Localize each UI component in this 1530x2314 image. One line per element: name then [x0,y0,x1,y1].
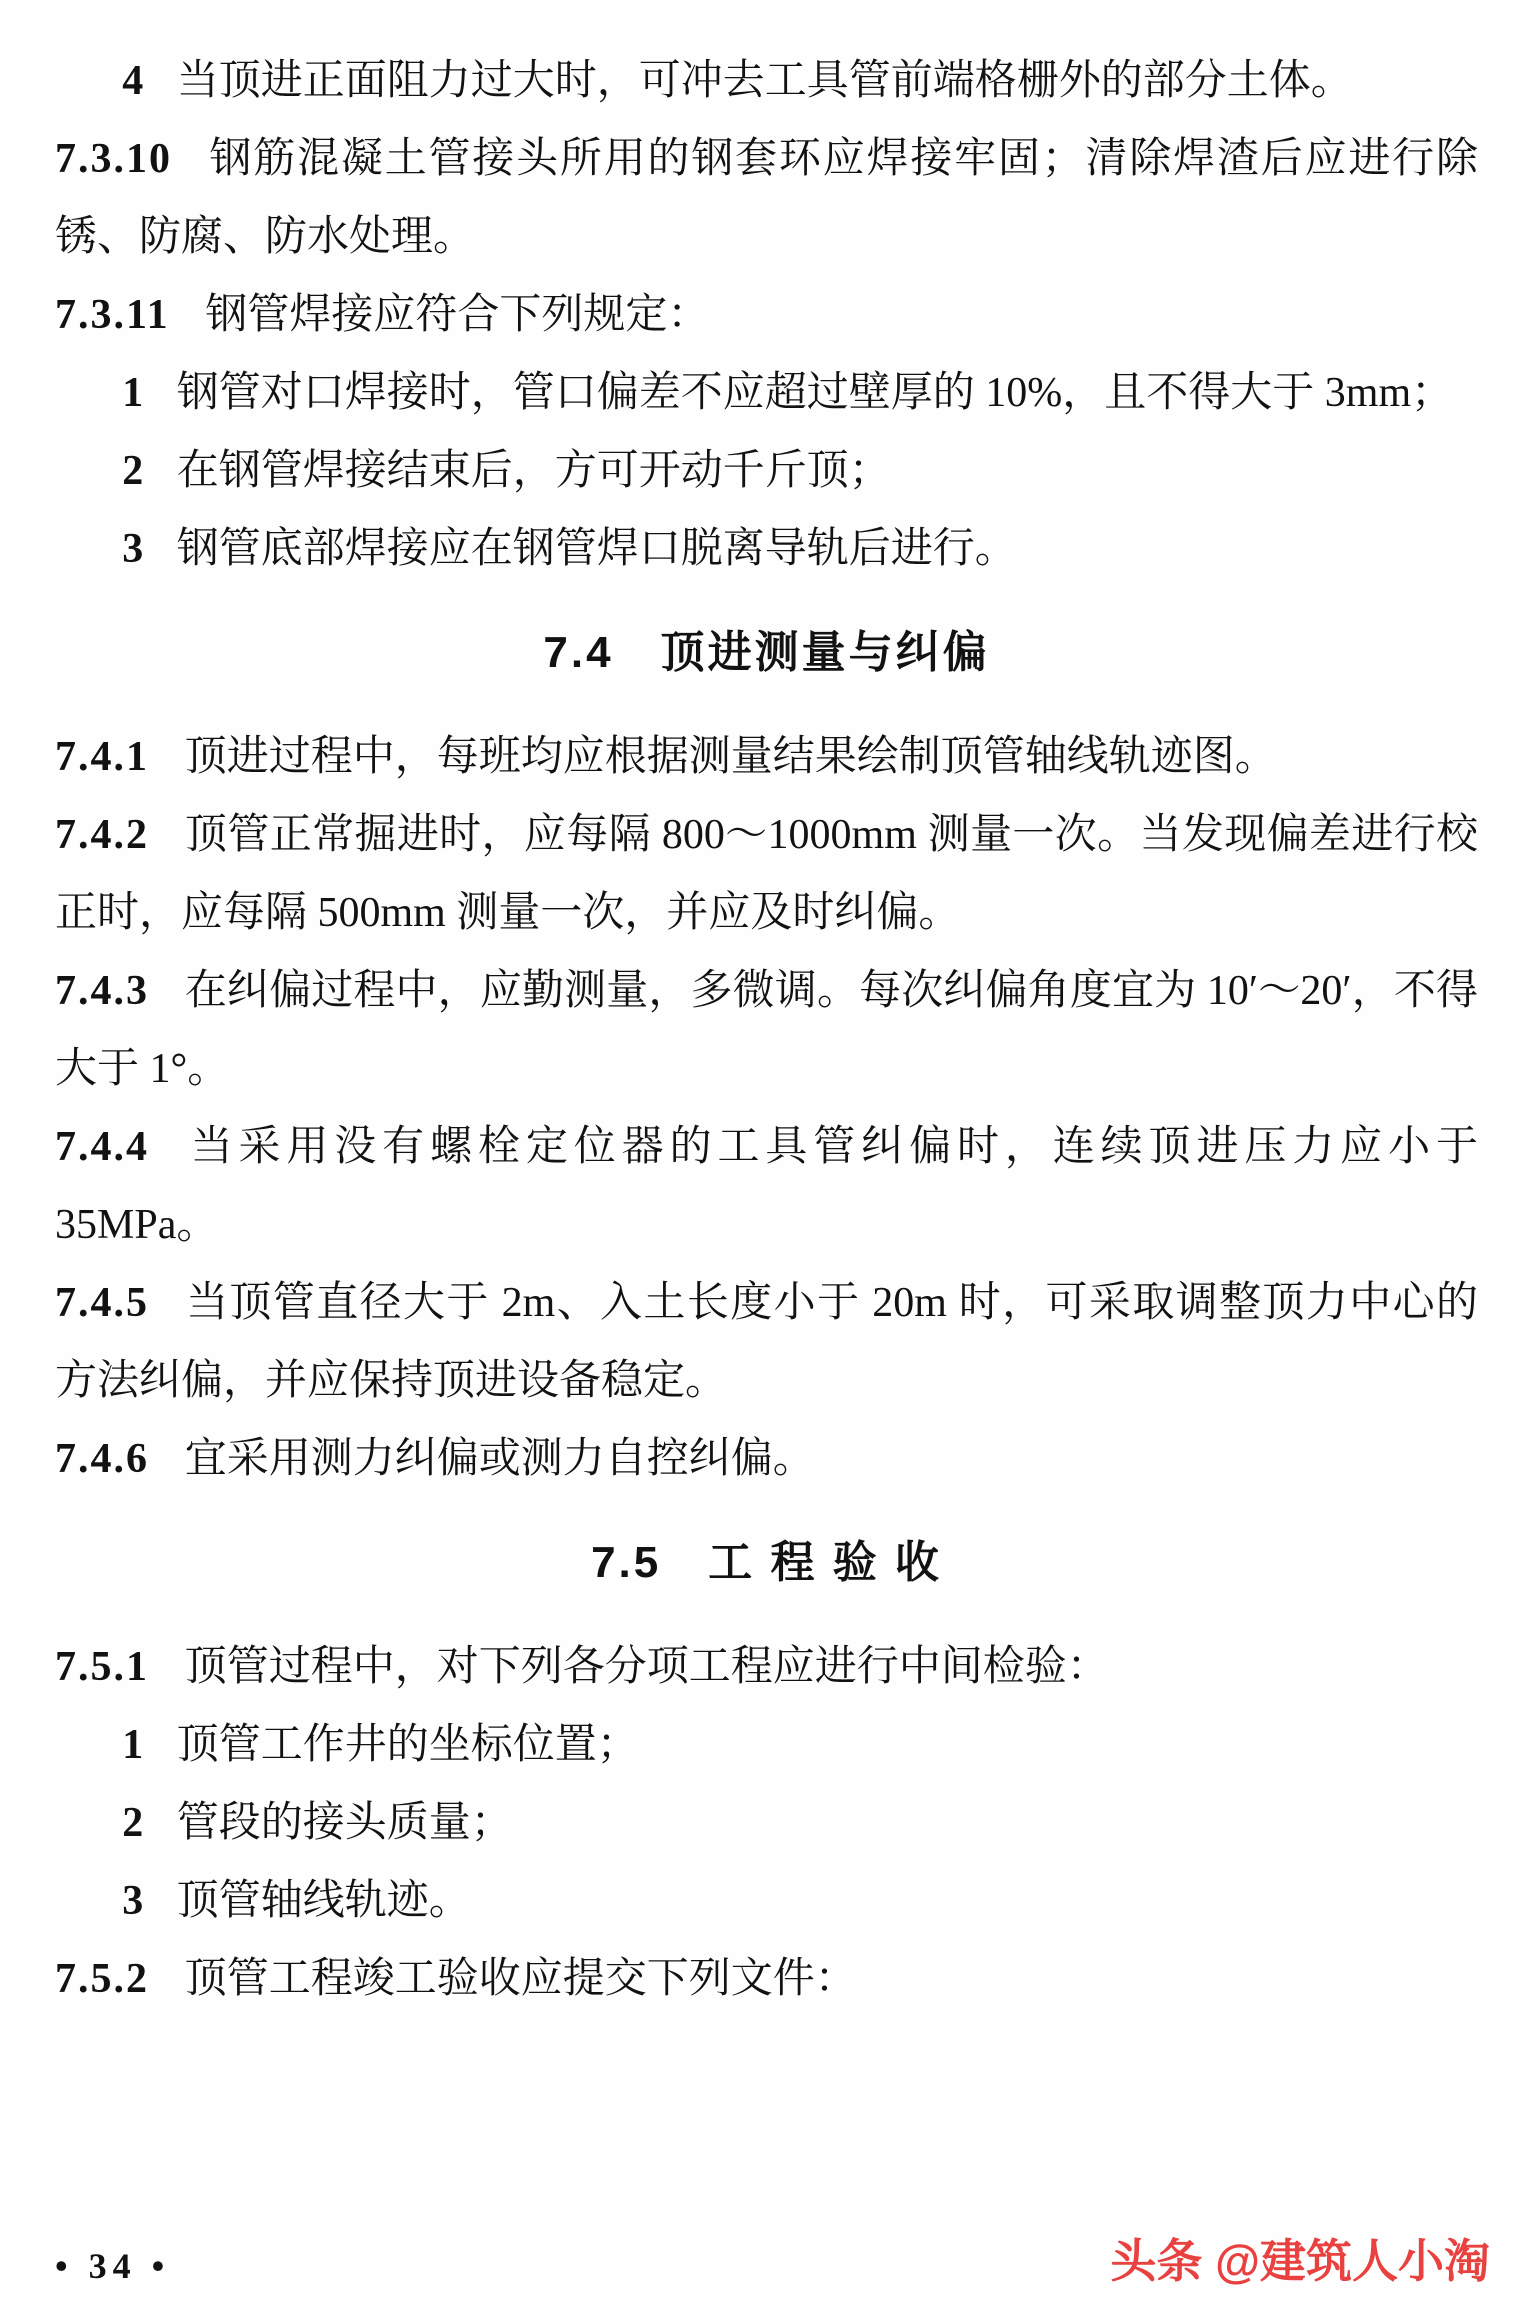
clause-number: 7.4.5 [55,1280,149,1326]
clause-7-4-2: 7.4.2顶管正常掘进时，应每隔 800～1000mm 测量一次。当发现偏差进行… [55,796,1478,952]
document-page: 4当顶进正面阻力过大时，可冲去工具管前端格栅外的部分土体。 7.3.10钢筋混凝… [0,0,1530,2314]
clause-text: 当顶管直径大于 2m、入土长度小于 20m 时，可采取调整顶力中心的方法纠偏，并… [55,1280,1478,1404]
clause-number: 7.4.6 [55,1436,149,1482]
clause-text: 宜采用测力纠偏或测力自控纠偏。 [185,1436,815,1482]
clause-7-4-6: 7.4.6宜采用测力纠偏或测力自控纠偏。 [55,1420,1478,1498]
clause-text: 顶进过程中，每班均应根据测量结果绘制顶管轴线轨迹图。 [185,734,1277,780]
page-number: • 34 • [55,2246,170,2286]
list-item-3: 3顶管轴线轨迹。 [55,1862,1478,1940]
item-number: 3 [122,526,143,572]
list-item-1: 1顶管工作井的坐标位置； [55,1706,1478,1784]
section-heading-7-4: 7.4 顶进测量与纠偏 [55,614,1478,692]
clause-number: 7.3.11 [55,292,170,338]
clause-7-3-11: 7.3.11钢管焊接应符合下列规定： [55,276,1478,354]
clause-text: 在纠偏过程中，应勤测量，多微调。每次纠偏角度宜为 10′～20′，不得大于 1°… [55,968,1478,1092]
clause-7-5-1: 7.5.1顶管过程中，对下列各分项工程应进行中间检验： [55,1628,1478,1706]
clause-7-4-5: 7.4.5当顶管直径大于 2m、入土长度小于 20m 时，可采取调整顶力中心的方… [55,1264,1478,1420]
clause-7-4-1: 7.4.1顶进过程中，每班均应根据测量结果绘制顶管轴线轨迹图。 [55,718,1478,796]
page-footer: • 34 • 头条 @建筑人小淘 [55,2236,1490,2286]
list-item-2: 2在钢管焊接结束后，方可开动千斤顶； [55,432,1478,510]
item-number: 2 [122,1800,143,1846]
item-number: 2 [122,448,143,494]
clause-text: 顶管正常掘进时，应每隔 800～1000mm 测量一次。当发现偏差进行校正时，应… [55,812,1478,936]
list-item-4: 4当顶进正面阻力过大时，可冲去工具管前端格栅外的部分土体。 [55,42,1478,120]
clause-text: 钢筋混凝土管接头所用的钢套环应焊接牢固；清除焊渣后应进行除锈、防腐、防水处理。 [55,136,1478,260]
item-text: 钢管对口焊接时，管口偏差不应超过壁厚的 10%，且不得大于 3mm； [177,370,1453,416]
clause-7-5-2: 7.5.2顶管工程竣工验收应提交下列文件： [55,1940,1478,2018]
clause-number: 7.4.1 [55,734,149,780]
clause-text: 顶管过程中，对下列各分项工程应进行中间检验： [185,1644,1109,1690]
list-item-1: 1钢管对口焊接时，管口偏差不应超过壁厚的 10%，且不得大于 3mm； [55,354,1478,432]
clause-number: 7.4.3 [55,968,149,1014]
clause-7-3-10: 7.3.10钢筋混凝土管接头所用的钢套环应焊接牢固；清除焊渣后应进行除锈、防腐、… [55,120,1478,276]
clause-7-4-4: 7.4.4当采用没有螺栓定位器的工具管纠偏时，连续顶进压力应小于 35MPa。 [55,1108,1478,1264]
item-text: 顶管工作井的坐标位置； [177,1722,639,1768]
item-number: 1 [122,370,143,416]
item-text: 顶管轴线轨迹。 [177,1878,471,1924]
clause-text: 钢管焊接应符合下列规定： [205,292,709,338]
clause-number: 7.4.2 [55,812,149,858]
list-item-3: 3钢管底部焊接应在钢管焊口脱离导轨后进行。 [55,510,1478,588]
clause-number: 7.4.4 [55,1124,149,1170]
clause-text: 当采用没有螺栓定位器的工具管纠偏时，连续顶进压力应小于 35MPa。 [55,1124,1478,1248]
watermark: 头条 @建筑人小淘 [1110,2236,1490,2286]
item-text: 当顶进正面阻力过大时，可冲去工具管前端格栅外的部分土体。 [177,58,1353,104]
clause-number: 7.5.1 [55,1644,149,1690]
section-heading-7-5: 7.5 工 程 验 收 [55,1524,1478,1602]
list-item-2: 2管段的接头质量； [55,1784,1478,1862]
clause-number: 7.3.10 [55,136,172,182]
clause-text: 顶管工程竣工验收应提交下列文件： [185,1956,857,2002]
item-text: 管段的接头质量； [177,1800,513,1846]
clause-number: 7.5.2 [55,1956,149,2002]
item-number: 4 [122,58,143,104]
item-text: 钢管底部焊接应在钢管焊口脱离导轨后进行。 [177,526,1017,572]
clause-7-4-3: 7.4.3在纠偏过程中，应勤测量，多微调。每次纠偏角度宜为 10′～20′，不得… [55,952,1478,1108]
item-number: 1 [122,1722,143,1768]
item-text: 在钢管焊接结束后，方可开动千斤顶； [177,448,891,494]
item-number: 3 [122,1878,143,1924]
